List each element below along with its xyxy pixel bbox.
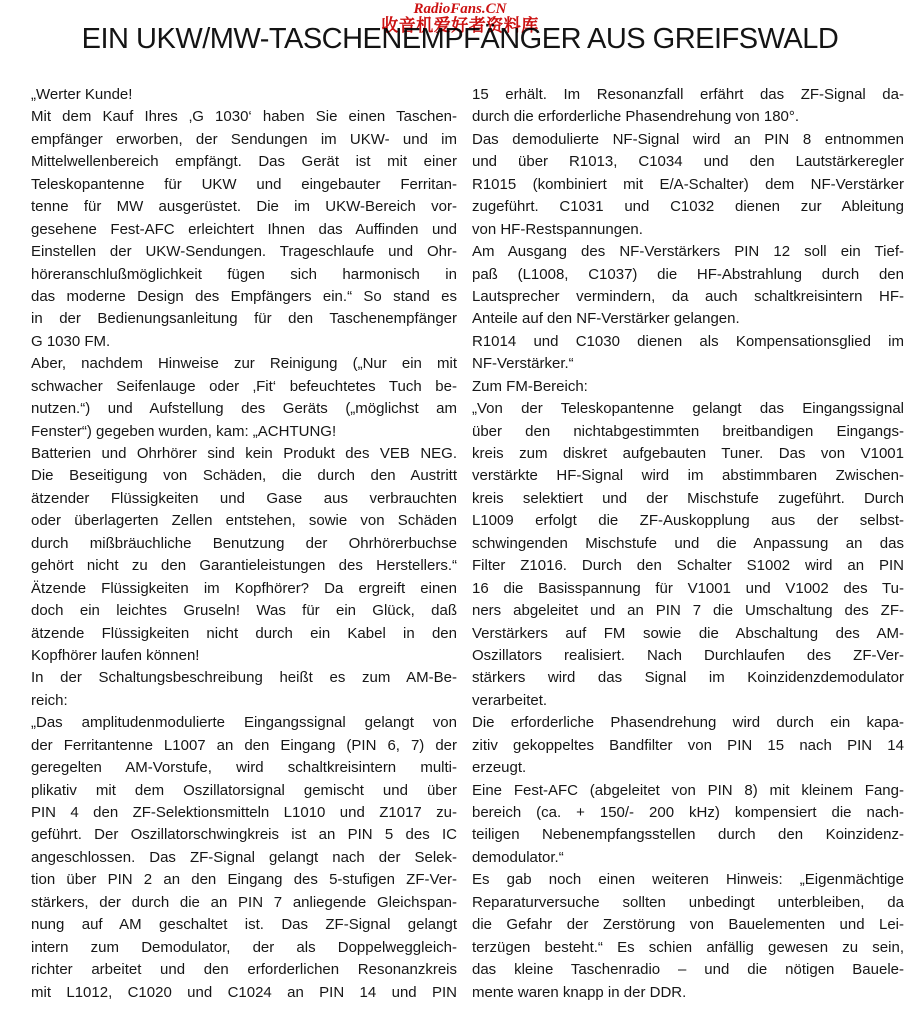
text-line: die Gefahr der Zerstörung von Bauelement…: [472, 914, 904, 936]
watermark-site-text: RadioFans.CN: [0, 1, 920, 17]
article-body: „Werter Kunde!Mit dem Kauf Ihres ‚G 1030…: [31, 84, 904, 1004]
text-line: mit L1012, C1020 und C1024 an PIN 14 und…: [31, 982, 457, 1004]
text-line: Zum FM-Bereich:: [472, 376, 904, 398]
text-line: empfänger erworben, der Sendungen im UKW…: [31, 129, 457, 151]
article-title: EIN UKW/MW-TASCHENEMPFÄNGER AUS GREIFSWA…: [0, 22, 920, 56]
text-line: kreis selektiert und der Mischstufe zuge…: [472, 488, 904, 510]
text-line: Es gab noch einen weiteren Hinweis: „Eig…: [472, 869, 904, 891]
text-line: schwacher Seifenlauge oder ‚Fit‘ befeuch…: [31, 376, 457, 398]
text-line: reich:: [31, 690, 457, 712]
text-line: das kleine Taschenradio – und die nötige…: [472, 959, 904, 981]
text-line: Kopfhörer laufen können!: [31, 645, 457, 667]
text-line: angeschlossen. Das ZF-Signal gelangt nac…: [31, 847, 457, 869]
text-line: nutzen.“) und Aufstellung des Geräts („m…: [31, 398, 457, 420]
text-line: erzeugt.: [472, 757, 904, 779]
text-line: Die erforderliche Phasendrehung wird dur…: [472, 712, 904, 734]
text-line: demodulator.“: [472, 847, 904, 869]
text-line: verarbeitet.: [472, 690, 904, 712]
text-line: ätzender Flüssigkeiten und Gase aus verb…: [31, 488, 457, 510]
text-line: von HF-Restspannungen.: [472, 219, 904, 241]
text-line: PIN 4 den ZF-Selektionsmitteln L1010 und…: [31, 802, 457, 824]
text-line: R1015 (kombiniert mit E/A-Schalter) dem …: [472, 174, 904, 196]
text-line: Die Beseitigung von Schäden, die durch d…: [31, 465, 457, 487]
text-line: In der Schaltungsbeschreibung heißt es z…: [31, 667, 457, 689]
text-line: zitiv gekoppeltes Bandfilter von PIN 15 …: [472, 735, 904, 757]
text-line: Aber, nachdem Hinweise zur Reinigung („N…: [31, 353, 457, 375]
text-line: 15 erhält. Im Resonanzfall erfährt das Z…: [472, 84, 904, 106]
text-line: durch die erforderliche Phasendrehung vo…: [472, 106, 904, 128]
text-line: Fenster“) gegeben wurden, kam: „ACHTUNG!: [31, 421, 457, 443]
text-line: Lautsprecher vermindern, da auch schaltk…: [472, 286, 904, 308]
text-line: Eine Fest-AFC (abgeleitet von PIN 8) mit…: [472, 780, 904, 802]
text-line: durch mißbräuchliche Benutzung der Ohrhö…: [31, 533, 457, 555]
text-line: tenne für MW ausgerüstet. Die im UKW-Ber…: [31, 196, 457, 218]
text-line: Oszillators realisiert. Nach Durchlaufen…: [472, 645, 904, 667]
text-line: Teleskopantenne für UKW und eingebauter …: [31, 174, 457, 196]
text-line: G 1030 FM.: [31, 331, 457, 353]
text-line: plikativ mit dem Oszillatorsignal gemisc…: [31, 780, 457, 802]
text-line: verstärkte HF-Signal wird im abstimmbare…: [472, 465, 904, 487]
text-line: kreis zum diskret aufgebauten Tuner. Das…: [472, 443, 904, 465]
text-line: Filter Z1016. Durch den Schalter S1002 w…: [472, 555, 904, 577]
text-line: Das demodulierte NF-Signal wird an PIN 8…: [472, 129, 904, 151]
text-line: Anteile auf den NF-Verstärker gelangen.: [472, 308, 904, 330]
text-line: gesehene Fest-AFC erleichtert Ihnen das …: [31, 219, 457, 241]
text-line: stärkers, der durch die an PIN 7 anliege…: [31, 892, 457, 914]
text-line: stärkers wird das Signal im Koinzidenzde…: [472, 667, 904, 689]
text-line: das moderne Design des Empfängers ein.“ …: [31, 286, 457, 308]
text-line: tion über PIN 2 an den Eingang des 5-stu…: [31, 869, 457, 891]
text-line: über den nichtabgestimmten breitbandigen…: [472, 421, 904, 443]
text-line: der Ferritantenne L1007 an den Eingang (…: [31, 735, 457, 757]
text-line: ätzende Flüssigkeiten nicht durch ein Ka…: [31, 623, 457, 645]
text-line: Am Ausgang des NF-Verstärkers PIN 12 sol…: [472, 241, 904, 263]
column-right: 15 erhält. Im Resonanzfall erfährt das Z…: [472, 84, 904, 1004]
text-line: nung auf AM geschaltet ist. Das ZF-Signa…: [31, 914, 457, 936]
text-line: mente waren knapp in der DDR.: [472, 982, 904, 1004]
text-line: bereich (ca. + 150/- 200 kHz) kompensier…: [472, 802, 904, 824]
text-line: teiligen Nebenempfangsstellen durch den …: [472, 824, 904, 846]
text-line: L1009 erfolgt die ZF-Auskopplung aus der…: [472, 510, 904, 532]
text-line: geregelten AM-Vorstufe, wird schaltkreis…: [31, 757, 457, 779]
text-line: schwingenden Mischstufe und die Anpassun…: [472, 533, 904, 555]
text-line: höreranschlußmöglichkeit fügen sich harm…: [31, 264, 457, 286]
text-line: doch ein leichtes Gruseln! Was für ein G…: [31, 600, 457, 622]
text-line: und über R1013, C1034 und den Lautstärke…: [472, 151, 904, 173]
text-line: Batterien und Ohrhörer sind kein Produkt…: [31, 443, 457, 465]
text-line: Reparaturversuche sollten unbedingt unte…: [472, 892, 904, 914]
text-line: intern zum Demodulator, der als Doppelwe…: [31, 937, 457, 959]
text-line: Einstellen der UKW-Sendungen. Trageschla…: [31, 241, 457, 263]
text-line: „Das amplitudenmodulierte Eingangssignal…: [31, 712, 457, 734]
text-line: terzügen besteht.“ Es schien anfällig ge…: [472, 937, 904, 959]
text-line: „Von der Teleskopantenne gelangt das Ein…: [472, 398, 904, 420]
text-line: Mit dem Kauf Ihres ‚G 1030‘ haben Sie ei…: [31, 106, 457, 128]
text-line: ners abgeleitet und an PIN 7 die Umschal…: [472, 600, 904, 622]
text-line: 16 die Basisspannung für V1001 und V1002…: [472, 578, 904, 600]
text-line: oder überlagerten Zellen entstehen, sowi…: [31, 510, 457, 532]
text-line: NF-Verstärker.“: [472, 353, 904, 375]
text-line: Ätzende Flüssigkeiten im Kopfhörer? Da e…: [31, 578, 457, 600]
text-line: geführt. Der Oszillatorschwingkreis ist …: [31, 824, 457, 846]
text-line: „Werter Kunde!: [31, 84, 457, 106]
text-line: Mittelwellenbereich empfängt. Das Gerät …: [31, 151, 457, 173]
magazine-page: RadioFans.CN 收音机爱好者资料库 EIN UKW/MW-TASCHE…: [0, 0, 920, 1013]
text-line: R1014 und C1030 dienen als Kompensations…: [472, 331, 904, 353]
text-line: gehört nicht zu den Garantieleistungen d…: [31, 555, 457, 577]
text-line: richter arbeitet und den erforderlichen …: [31, 959, 457, 981]
text-line: Verstärkers auf FM sowie die Abschaltung…: [472, 623, 904, 645]
text-line: in der Bedienungsanleitung für den Tasch…: [31, 308, 457, 330]
column-left: „Werter Kunde!Mit dem Kauf Ihres ‚G 1030…: [31, 84, 457, 1004]
text-line: zugeführt. C1031 und C1032 dienen zur Ab…: [472, 196, 904, 218]
text-line: paß (L1008, C1037) die HF-Abstrahlung du…: [472, 264, 904, 286]
